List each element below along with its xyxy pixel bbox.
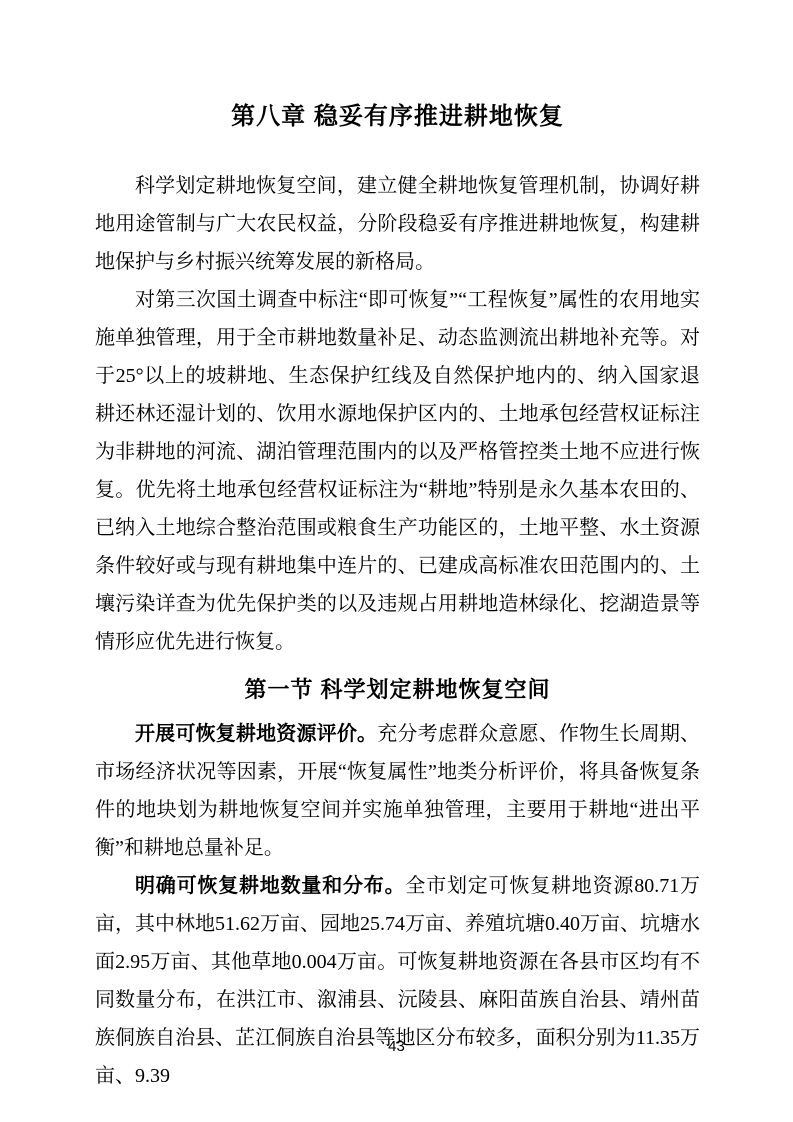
paragraph-quantity-distribution: 明确可恢复耕地数量和分布。全市划定可恢复耕地资源80.71万亩，其中林地51.6… <box>95 867 700 1095</box>
document-page: 第八章 稳妥有序推进耕地恢复 科学划定耕地恢复空间，建立健全耕地恢复管理机制，协… <box>0 0 793 1122</box>
page-number: 43 <box>0 1039 793 1054</box>
paragraph-intro: 科学划定耕地恢复空间，建立健全耕地恢复管理机制，协调好耕地用途管制与广大农民权益… <box>95 167 700 281</box>
paragraph-resource-evaluation: 开展可恢复耕地资源评价。充分考虑群众意愿、作物生长周期、市场经济状况等因素，开展… <box>95 715 700 867</box>
paragraph-restoration-rules: 对第三次国土调查中标注“即可恢复”“工程恢复”属性的农用地实施单独管理，用于全市… <box>95 281 700 661</box>
section-title: 第一节 科学划定耕地恢复空间 <box>95 670 700 710</box>
chapter-title: 第八章 稳妥有序推进耕地恢复 <box>95 100 700 134</box>
paragraph-lead-quantity: 明确可恢复耕地数量和分布。 <box>135 875 405 897</box>
paragraph-text-quantity: 全市划定可恢复耕地资源80.71万亩，其中林地51.62万亩、园地25.74万亩… <box>95 875 700 1087</box>
paragraph-lead-evaluation: 开展可恢复耕地资源评价。 <box>135 723 377 745</box>
